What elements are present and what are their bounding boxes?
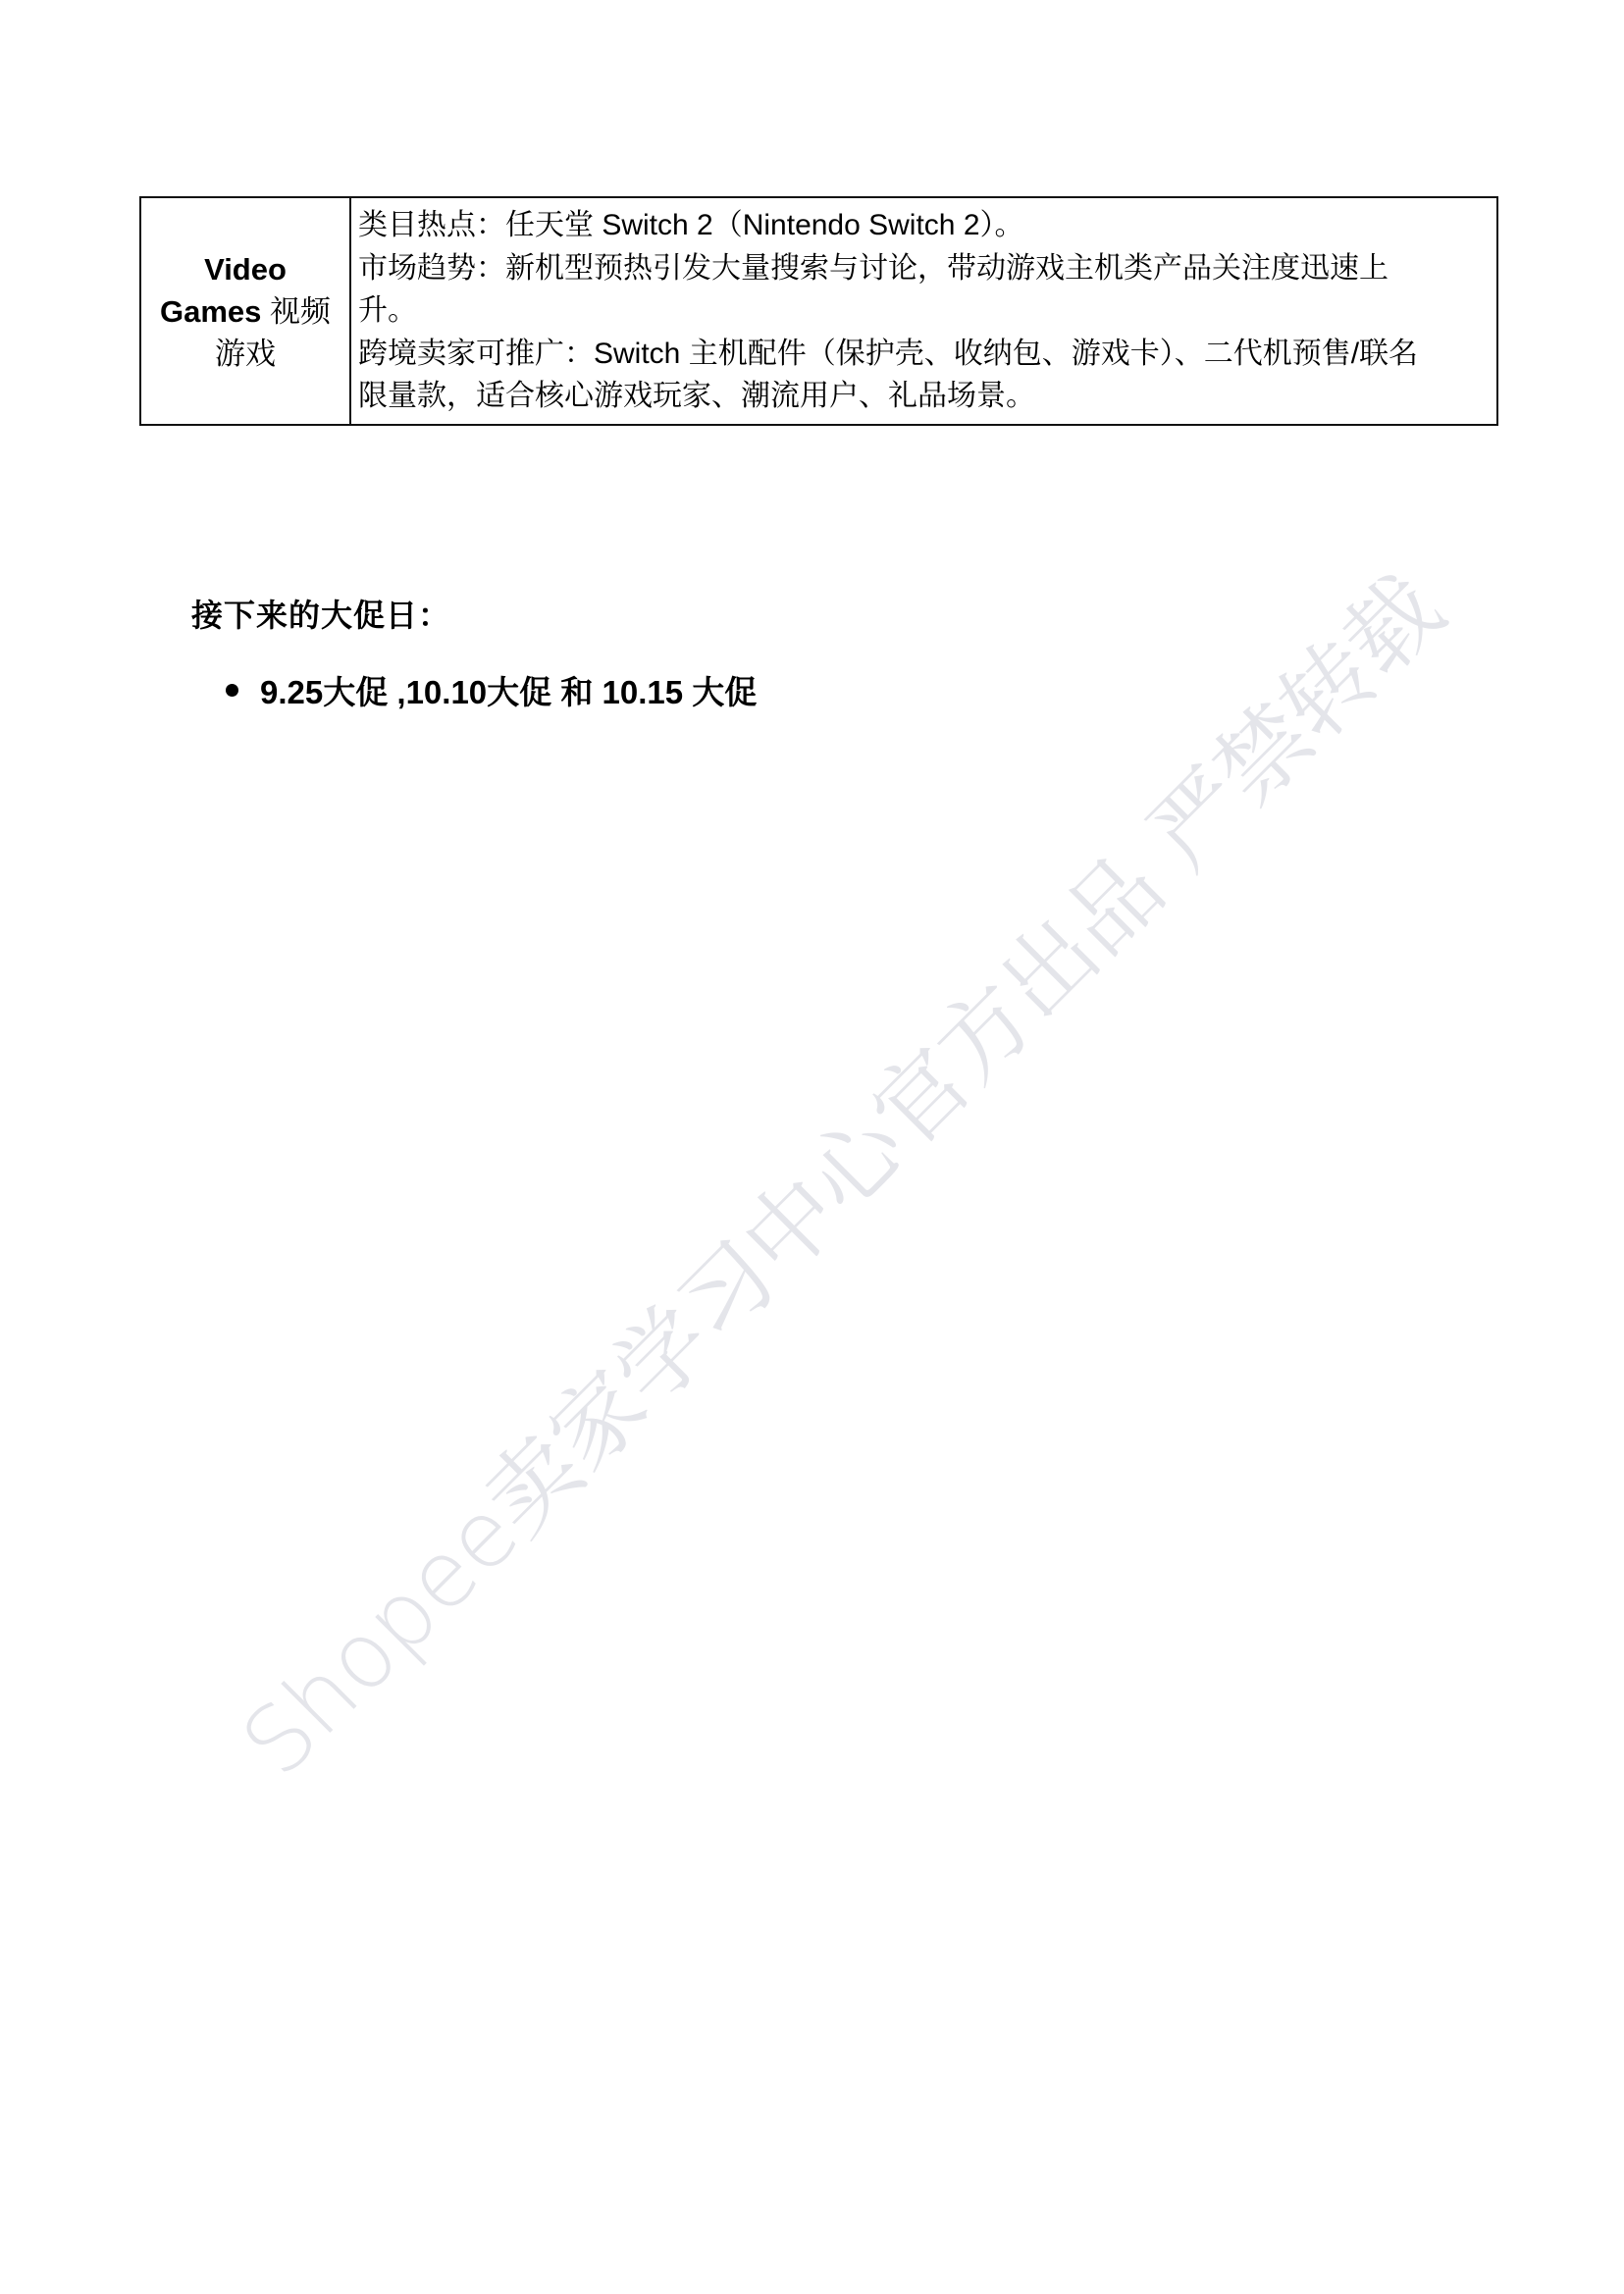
category-zh-line2: 视频 (270, 294, 331, 329)
category-en-line2: Games (160, 294, 261, 329)
list-item: 9.25大促 ,10.10大促 和 10.15 大促 (224, 667, 757, 713)
market-trend-line: 市场趋势：新机型预热引发大量搜索与讨论，带动游戏主机类产品关注度迅速上 (358, 247, 1491, 290)
sale-dates-text: 9.25大促 ,10.10大促 和 10.15 大促 (260, 667, 757, 713)
category-en-line1: Video (204, 252, 287, 287)
bullet-icon (226, 684, 238, 697)
table-row: Video Games 视频 游戏 类目热点：任天堂 Switch 2（Nint… (140, 197, 1497, 425)
upcoming-sales-heading: 接下来的大促日： (191, 591, 450, 636)
upcoming-sales-list: 9.25大促 ,10.10大促 和 10.15 大促 (224, 667, 757, 713)
watermark-text: Shopee卖家学习中心官方出品 严禁转载 (228, 561, 1458, 1792)
category-hotspot-table: Video Games 视频 游戏 类目热点：任天堂 Switch 2（Nint… (139, 196, 1498, 426)
seller-promotion-line: 跨境卖家可推广：Switch 主机配件（保护壳、收纳包、游戏卡）、二代机预售/联… (358, 333, 1491, 376)
category-zh-line3: 游戏 (215, 337, 276, 371)
category-cell: Video Games 视频 游戏 (140, 197, 350, 425)
seller-promotion-line-cont: 限量款，适合核心游戏玩家、潮流用户、礼品场景。 (358, 375, 1491, 418)
category-hotspot-line: 类目热点：任天堂 Switch 2（Nintendo Switch 2）。 (358, 204, 1491, 247)
description-cell: 类目热点：任天堂 Switch 2（Nintendo Switch 2）。 市场… (350, 197, 1497, 425)
market-trend-line-cont: 升。 (358, 289, 1491, 333)
category-label: Video Games 视频 游戏 (141, 248, 349, 375)
document-page: Shopee卖家学习中心官方出品 严禁转载 Video Games 视频 游戏 … (0, 0, 1624, 2294)
